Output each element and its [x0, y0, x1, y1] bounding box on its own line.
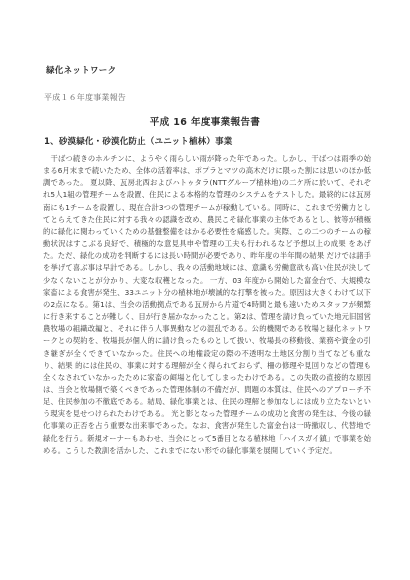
- report-year-label: 平成１６年度事業報告: [44, 92, 126, 103]
- report-title: 平成 16 年度事業報告書: [0, 114, 410, 128]
- section-body-paragraph: 干ばつ続きのホルチンに、ようやく雨らしい雨が降った年であった。しかし、干ばつは雨…: [43, 153, 371, 457]
- org-name: 緑化ネットワーク: [46, 64, 116, 76]
- document-page: 緑化ネットワーク 平成１６年度事業報告 平成 16 年度事業報告書 1、砂漠緑化…: [0, 0, 410, 580]
- section-heading: 1、砂漠緑化・砂漠化防止（ユニット植林）事業: [44, 135, 232, 147]
